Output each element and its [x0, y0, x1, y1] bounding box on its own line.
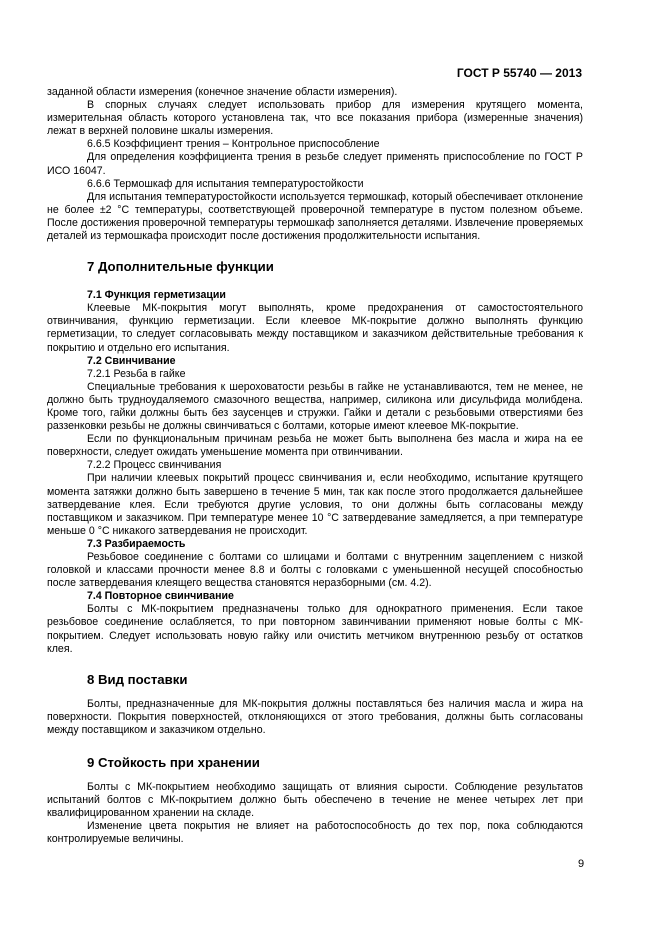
subsection-7-2-2-text: При наличии клеевых покрытий процесс сви… — [47, 472, 583, 537]
subsection-7-2-1-text-2: Если по функциональным причинам резьба н… — [47, 433, 583, 459]
subsection-6-6-6-text: Для испытания температуростойкости испол… — [47, 191, 583, 243]
subsection-7-3-text: Резьбовое соединение с болтами со шлицам… — [47, 551, 583, 590]
subsection-6-6-5-title: 6.6.5 Коэффициент трения – Контрольное п… — [47, 138, 583, 151]
document-page: ГОСТ Р 55740 — 2013 заданной области изм… — [0, 0, 662, 935]
paragraph-disputes: В спорных случаях следует использовать п… — [47, 99, 583, 138]
section-8-heading: 8 Вид поставки — [47, 673, 583, 687]
section-9-heading: 9 Стойкость при хранении — [47, 756, 583, 770]
subsection-7-1-text: Клеевые МК-покрытия могут выполнять, кро… — [47, 302, 583, 354]
section-9-text-1: Болты с МК-покрытием необходимо защищать… — [47, 781, 583, 820]
subsection-7-4-title: 7.4 Повторное свинчивание — [47, 590, 583, 603]
subsection-7-1-title: 7.1 Функция герметизации — [47, 289, 583, 302]
subsection-6-6-5-text: Для определения коэффициента трения в ре… — [47, 151, 583, 177]
subsection-7-2-1-title: 7.2.1 Резьба в гайке — [47, 368, 583, 381]
page-number: 9 — [578, 858, 584, 870]
document-body: заданной области измерения (конечное зна… — [47, 86, 583, 847]
section-8-text: Болты, предназначенные для МК-покрытия д… — [47, 698, 583, 737]
subsection-7-2-1-text-1: Специальные требования к шероховатости р… — [47, 381, 583, 433]
section-9-text-2: Изменение цвета покрытия не влияет на ра… — [47, 820, 583, 846]
paragraph-continuation: заданной области измерения (конечное зна… — [47, 86, 583, 99]
subsection-7-2-title: 7.2 Свинчивание — [47, 355, 583, 368]
subsection-6-6-6-title: 6.6.6 Термошкаф для испытания температур… — [47, 178, 583, 191]
subsection-7-2-2-title: 7.2.2 Процесс свинчивания — [47, 459, 583, 472]
subsection-7-4-text: Болты с МК-покрытием предназначены тольк… — [47, 603, 583, 655]
section-7-heading: 7 Дополнительные функции — [47, 260, 583, 274]
subsection-7-3-title: 7.3 Разбираемость — [47, 538, 583, 551]
document-id-header: ГОСТ Р 55740 — 2013 — [457, 66, 582, 80]
